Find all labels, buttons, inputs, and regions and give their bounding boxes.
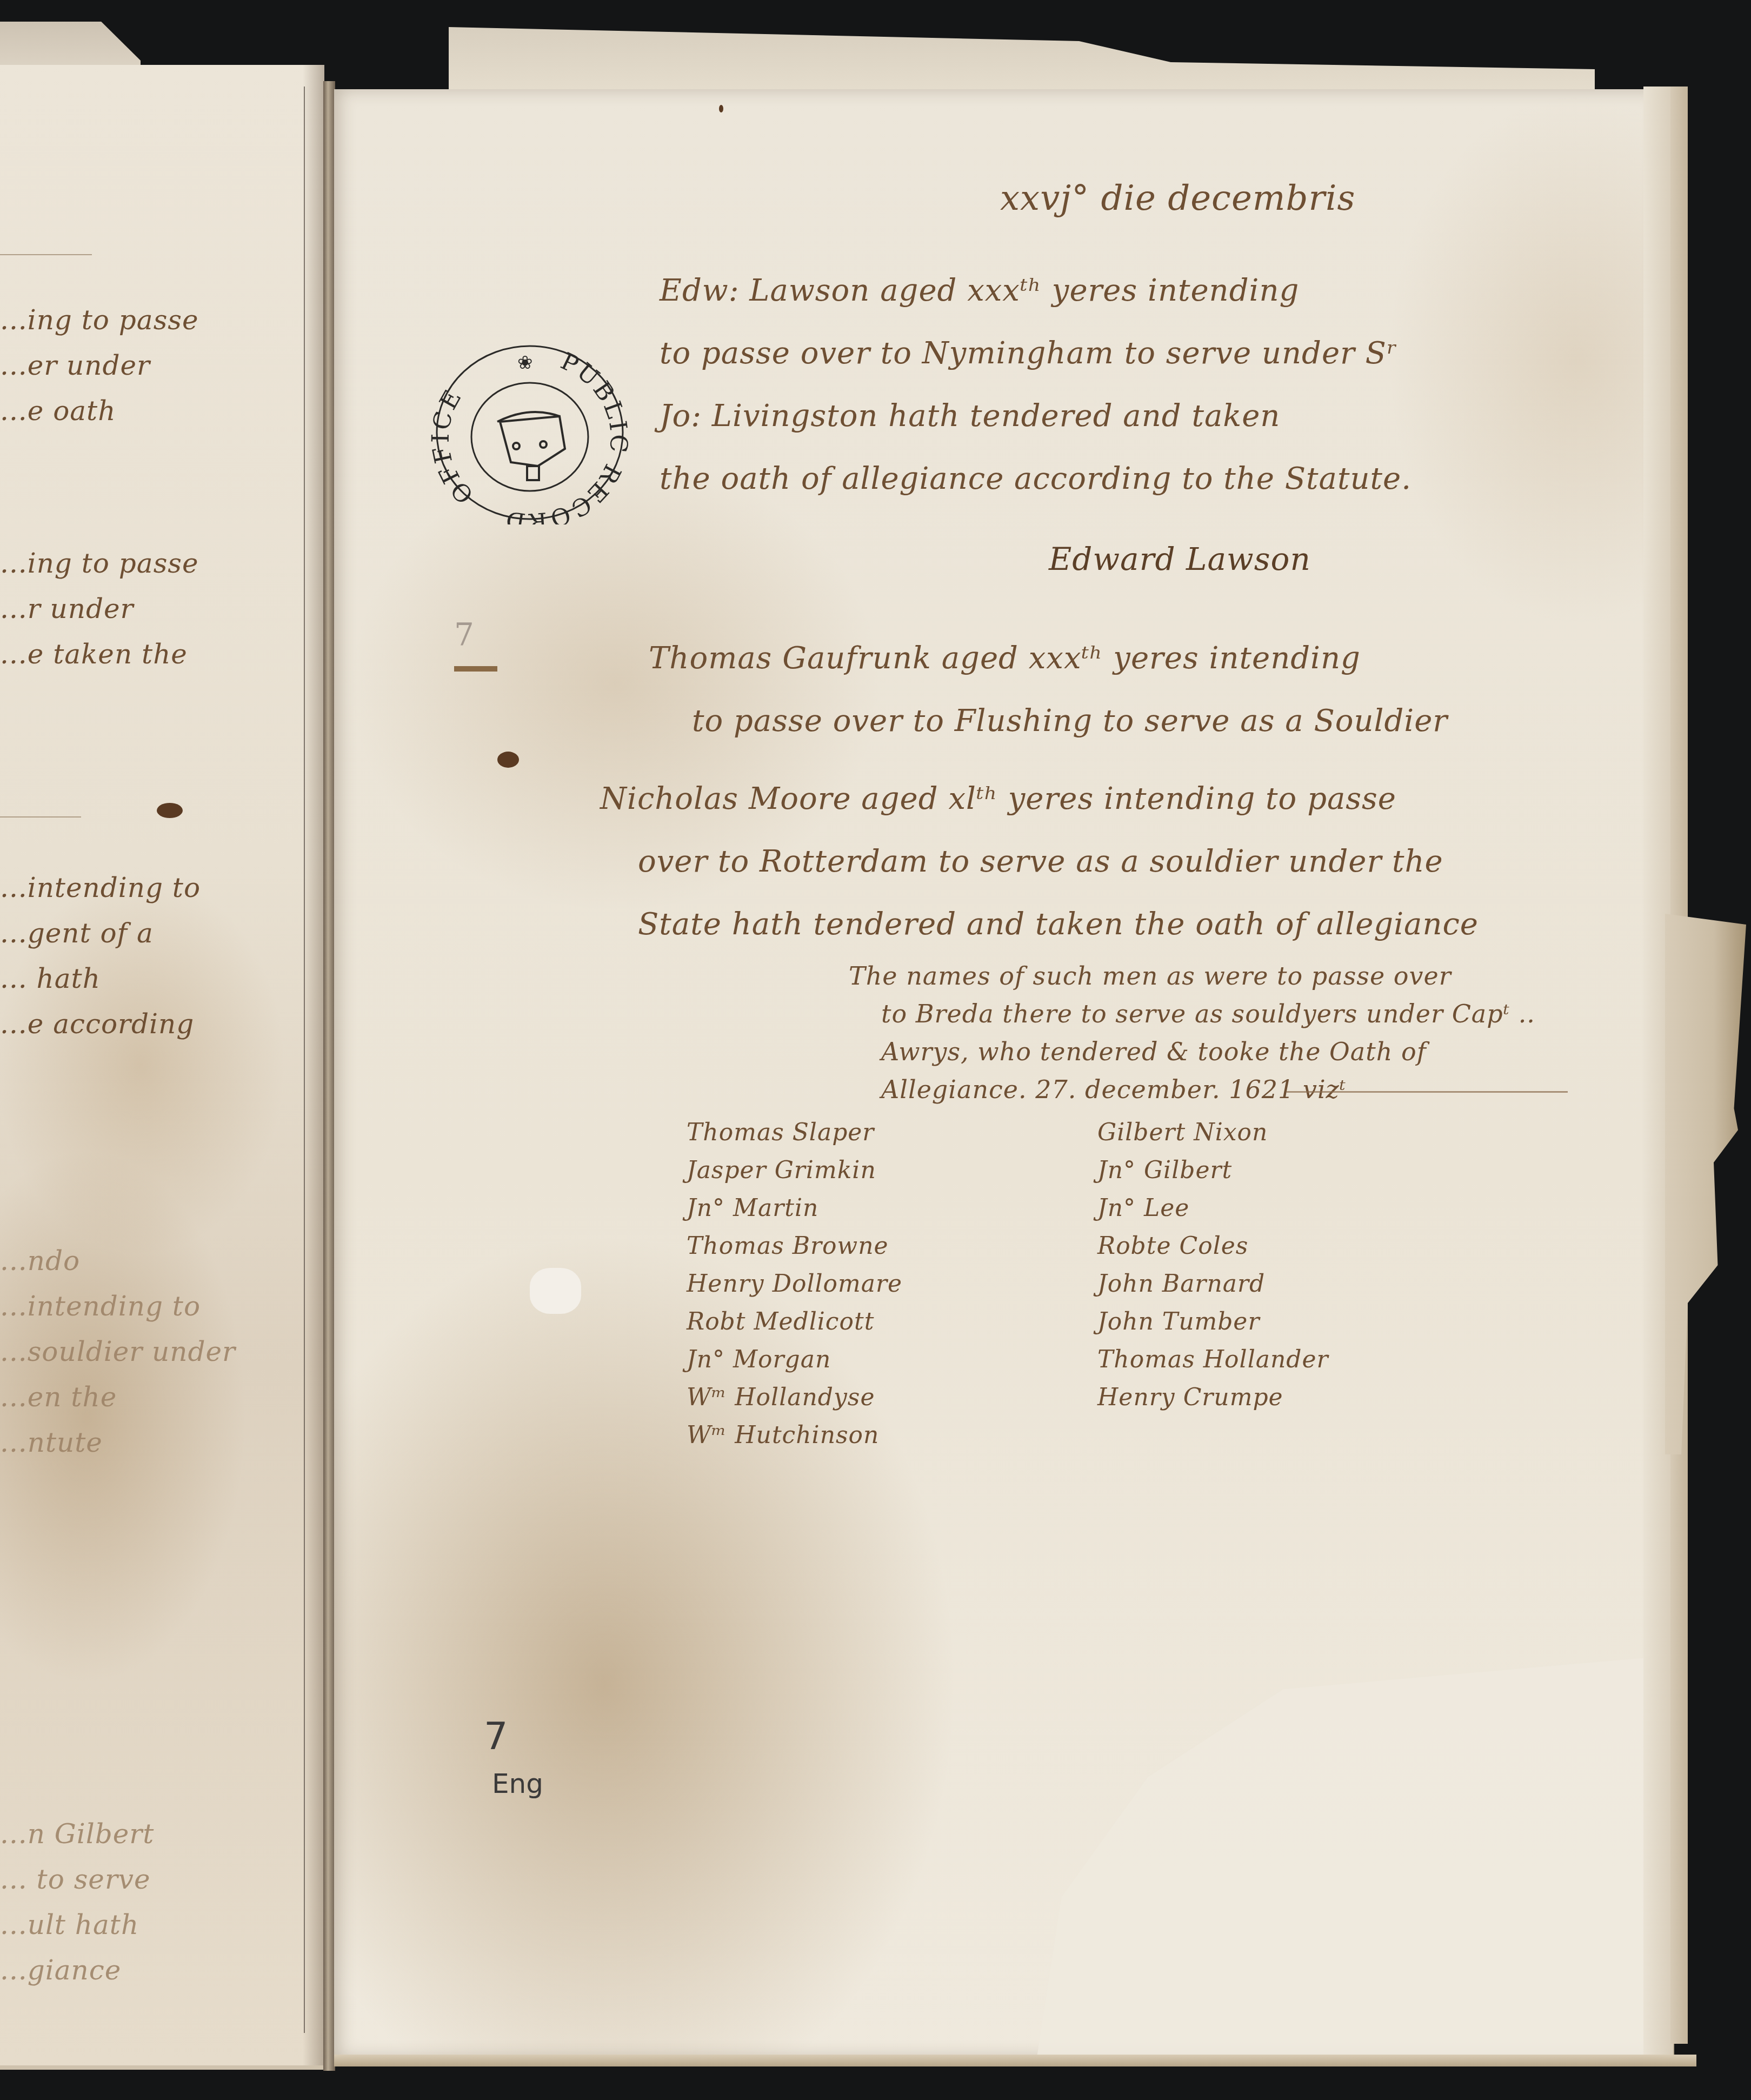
entry-line: Jo: Livingston hath tendered and taken bbox=[660, 385, 1412, 448]
entry-divider bbox=[0, 254, 92, 255]
svg-text:RECORD: RECORD bbox=[502, 460, 627, 524]
list-item: John Tumber bbox=[1097, 1303, 1329, 1341]
entry-line: to passe over to Nymingham to serve unde… bbox=[660, 322, 1412, 385]
entry-divider bbox=[0, 816, 81, 818]
entry-line: Edw: Lawson aged xxxᵗʰ yeres intending bbox=[660, 260, 1412, 322]
list-item: Wᵐ Hutchinson bbox=[687, 1417, 902, 1454]
names-column-left: Thomas Slaper Jasper Grimkin Jn° Martin … bbox=[687, 1114, 902, 1454]
list-item: Jn° Lee bbox=[1097, 1189, 1329, 1227]
ink-blot bbox=[497, 752, 519, 768]
page-bottom-edge bbox=[334, 2055, 1696, 2066]
list-item: Jn° Morgan bbox=[687, 1341, 902, 1379]
pencil-folio-number: 7 bbox=[484, 1714, 508, 1758]
entry-moore: Nicholas Moore aged xlᵗʰ yeres intending… bbox=[600, 768, 1479, 956]
list-item: Thomas Hollander bbox=[1097, 1341, 1329, 1379]
pencil-reference: Eng bbox=[492, 1768, 543, 1799]
names-column-right: Gilbert Nixon Jn° Gilbert Jn° Lee Robte … bbox=[1097, 1114, 1329, 1417]
entry-lawson: Edw: Lawson aged xxxᵗʰ yeres intending t… bbox=[660, 260, 1412, 510]
crown-icon bbox=[497, 412, 565, 480]
list-item: Thomas Slaper bbox=[687, 1114, 902, 1152]
list-item: Jasper Grimkin bbox=[687, 1152, 902, 1189]
svg-text:PUBLIC: PUBLIC bbox=[556, 347, 630, 455]
entry-line: State hath tendered and taken the oath o… bbox=[600, 893, 1479, 956]
header-underline bbox=[1287, 1091, 1568, 1093]
list-item: John Barnard bbox=[1097, 1265, 1329, 1303]
spine-shadow bbox=[303, 65, 324, 2065]
folded-flap-top bbox=[449, 27, 1595, 97]
entry-line: to passe over to Flushing to serve as a … bbox=[584, 690, 1448, 753]
quatrefoil-icon: ❀ bbox=[517, 352, 533, 374]
list-item: Jn° Gilbert bbox=[1097, 1152, 1329, 1189]
list-item: Robte Coles bbox=[1097, 1227, 1329, 1265]
entry-gaufrunk: Thomas Gaufrunk aged xxxᵗʰ yeres intendi… bbox=[584, 627, 1448, 753]
list-header: The names of such men as were to passe o… bbox=[849, 957, 1535, 1108]
list-item: Jn° Martin bbox=[687, 1189, 902, 1227]
left-fragment-3: ...intending to ...gent of a ... hath ..… bbox=[0, 865, 201, 1047]
left-fragment-1: ...ing to passe ...er under ...e oath bbox=[0, 297, 199, 434]
list-item: Gilbert Nixon bbox=[1097, 1114, 1329, 1152]
list-item: Henry Dollomare bbox=[687, 1265, 902, 1303]
unstained-area bbox=[1037, 1657, 1653, 2057]
margin-number: 7 bbox=[454, 616, 475, 653]
list-item: Thomas Browne bbox=[687, 1227, 902, 1265]
book-gutter bbox=[323, 81, 335, 2071]
ink-blot bbox=[719, 105, 723, 112]
signature-edward-lawson: Edward Lawson bbox=[1049, 541, 1311, 577]
margin-mark bbox=[454, 666, 497, 672]
left-fragment-5: ...n Gilbert ... to serve ...ult hath ..… bbox=[0, 1811, 154, 1993]
list-item: Henry Crumpe bbox=[1097, 1379, 1329, 1417]
entry-line: Nicholas Moore aged xlᵗʰ yeres intending… bbox=[600, 768, 1479, 830]
dateline: xxvj° die decembris bbox=[1000, 178, 1355, 218]
left-page: ...ing to passe ...er under ...e oath ..… bbox=[0, 65, 324, 2070]
public-record-office-stamp: PUBLIC RECORD OFFICE ❀ bbox=[430, 341, 630, 524]
list-item: Robt Medlicott bbox=[687, 1303, 902, 1341]
entry-line: Thomas Gaufrunk aged xxxᵗʰ yeres intendi… bbox=[584, 627, 1448, 690]
torn-guard-tab bbox=[1665, 914, 1746, 1454]
left-fragment-2: ...ing to passe ...r under ...e taken th… bbox=[0, 541, 199, 677]
list-item: Wᵐ Hollandyse bbox=[687, 1379, 902, 1417]
entry-line: over to Rotterdam to serve as a souldier… bbox=[600, 830, 1479, 893]
ink-blot bbox=[157, 803, 183, 818]
left-fragment-4: ...ndo ...intending to ...souldier under… bbox=[0, 1238, 236, 1465]
paper-loss-patch bbox=[530, 1268, 581, 1314]
stamp-seal-icon: PUBLIC RECORD OFFICE ❀ bbox=[430, 341, 630, 524]
entry-line: the oath of allegiance according to the … bbox=[660, 448, 1412, 510]
